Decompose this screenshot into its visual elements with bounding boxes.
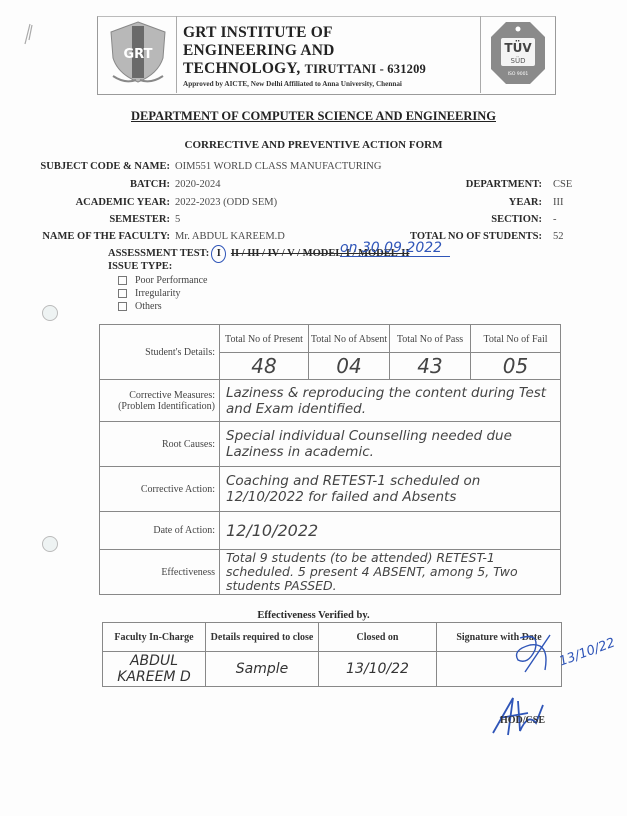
verification-title: Effectiveness Verified by.	[0, 610, 627, 621]
divider	[176, 16, 177, 93]
capa-table: Student's Details: Total No of Present T…	[99, 324, 561, 595]
semester-label: SEMESTER:	[0, 214, 170, 225]
pen-mark	[22, 22, 34, 46]
corrective-action-label: Corrective Action:	[100, 467, 220, 512]
value-fail: 05	[471, 353, 561, 380]
issue-option[interactable]: Poor Performance	[118, 275, 207, 286]
closed-on-value: 13/10/22	[319, 652, 437, 687]
grt-shield-logo-icon: GRT	[103, 18, 173, 88]
punch-hole	[42, 536, 58, 552]
tuv-sud-logo-icon: TÜV SÜD ISO 9001	[489, 20, 547, 86]
svg-text:SÜD: SÜD	[511, 56, 526, 65]
year-label: YEAR:	[372, 197, 542, 208]
svg-text:TÜV: TÜV	[504, 40, 532, 55]
assessment-date: on 30.09.2022	[340, 240, 450, 257]
svg-text:GRT: GRT	[124, 47, 153, 62]
section-label: SECTION:	[372, 214, 542, 225]
effectiveness-label: Effectiveness	[100, 550, 220, 595]
header-closed-on: Closed on	[319, 623, 437, 652]
subject-label: SUBJECT CODE & NAME:	[0, 161, 170, 172]
faculty-in-charge-value: ABDUL KAREEM D	[103, 652, 206, 687]
form-title: CORRECTIVE AND PREVENTIVE ACTION FORM	[0, 139, 627, 151]
punch-hole	[42, 305, 58, 321]
verification-table: Faculty In-Charge Details required to cl…	[102, 622, 562, 687]
year-value: III	[553, 197, 564, 208]
institute-city: TIRUTTANI - 631209	[305, 62, 426, 76]
date-of-action-label: Date of Action:	[100, 512, 220, 550]
table-row: Date of Action: 12/10/2022	[100, 512, 561, 550]
checkbox[interactable]	[118, 276, 127, 285]
effectiveness-value: Total 9 students (to be attended) RETEST…	[220, 550, 561, 595]
value-pass: 43	[390, 353, 471, 380]
corrective-action-value: Coaching and RETEST-1 scheduled on 12/10…	[220, 467, 561, 512]
table-row: Faculty In-Charge Details required to cl…	[103, 623, 562, 652]
header-present: Total No of Present	[220, 325, 309, 353]
institute-name-line2: ENGINEERING AND	[183, 42, 335, 60]
table-row: Corrective Measures: (Problem Identifica…	[100, 380, 561, 422]
faculty-value: Mr. ABDUL KAREEM.D	[175, 231, 285, 242]
issue-option[interactable]: Irregularity	[118, 288, 181, 299]
faculty-label: NAME OF THE FACULTY:	[0, 231, 170, 242]
corrective-measures-value: Laziness & reproducing the content durin…	[220, 380, 561, 422]
table-row: Root Causes: Special individual Counsell…	[100, 422, 561, 467]
table-row: Effectiveness Total 9 students (to be at…	[100, 550, 561, 595]
table-row: ABDUL KAREEM D Sample 13/10/22	[103, 652, 562, 687]
header-fail: Total No of Fail	[471, 325, 561, 353]
details-value: Sample	[206, 652, 319, 687]
divider	[480, 16, 481, 93]
header-faculty: Faculty In-Charge	[103, 623, 206, 652]
root-causes-label: Root Causes:	[100, 422, 220, 467]
institute-name-tech: TECHNOLOGY,	[183, 60, 300, 77]
svg-text:ISO 9001: ISO 9001	[508, 71, 529, 77]
value-absent: 04	[309, 353, 390, 380]
table-row: Corrective Action: Coaching and RETEST-1…	[100, 467, 561, 512]
header-absent: Total No of Absent	[309, 325, 390, 353]
academic-year-value: 2022-2023 (ODD SEM)	[175, 197, 277, 208]
assessment-selected: I	[211, 245, 226, 263]
subject-value: OIM551 WORLD CLASS MANUFACTURING	[175, 161, 381, 172]
value-present: 48	[220, 353, 309, 380]
institute-name-line3: TECHNOLOGY, TIRUTTANI - 631209	[183, 60, 426, 78]
header-pass: Total No of Pass	[390, 325, 471, 353]
academic-year-label: ACADEMIC YEAR:	[0, 197, 170, 208]
issue-type-label: ISSUE TYPE:	[108, 261, 172, 272]
institute-name-line1: GRT INSTITUTE OF	[183, 24, 333, 42]
checkbox[interactable]	[118, 302, 127, 311]
semester-value: 5	[175, 214, 180, 225]
department-value: CSE	[553, 179, 572, 190]
header-details: Details required to close	[206, 623, 319, 652]
table-row: Student's Details: Total No of Present T…	[100, 325, 561, 353]
date-of-action-value: 12/10/2022	[220, 512, 561, 550]
approval-text: Approved by AICTE, New Delhi Affiliated …	[183, 80, 402, 88]
issue-option[interactable]: Others	[118, 301, 162, 312]
batch-label: BATCH:	[0, 179, 170, 190]
root-causes-value: Special individual Counselling needed du…	[220, 422, 561, 467]
department-label: DEPARTMENT:	[372, 179, 542, 190]
corrective-measures-label: Corrective Measures: (Problem Identifica…	[100, 380, 220, 422]
student-details-label: Student's Details:	[100, 325, 220, 380]
department-title: DEPARTMENT OF COMPUTER SCIENCE AND ENGIN…	[0, 109, 627, 124]
hod-label: HOD/CSE	[500, 715, 545, 726]
section-value: -	[553, 214, 557, 225]
assessment-label: ASSESSMENT TEST:	[108, 248, 209, 259]
checkbox[interactable]	[118, 289, 127, 298]
total-students-value: 52	[553, 231, 564, 242]
batch-value: 2020-2024	[175, 179, 221, 190]
